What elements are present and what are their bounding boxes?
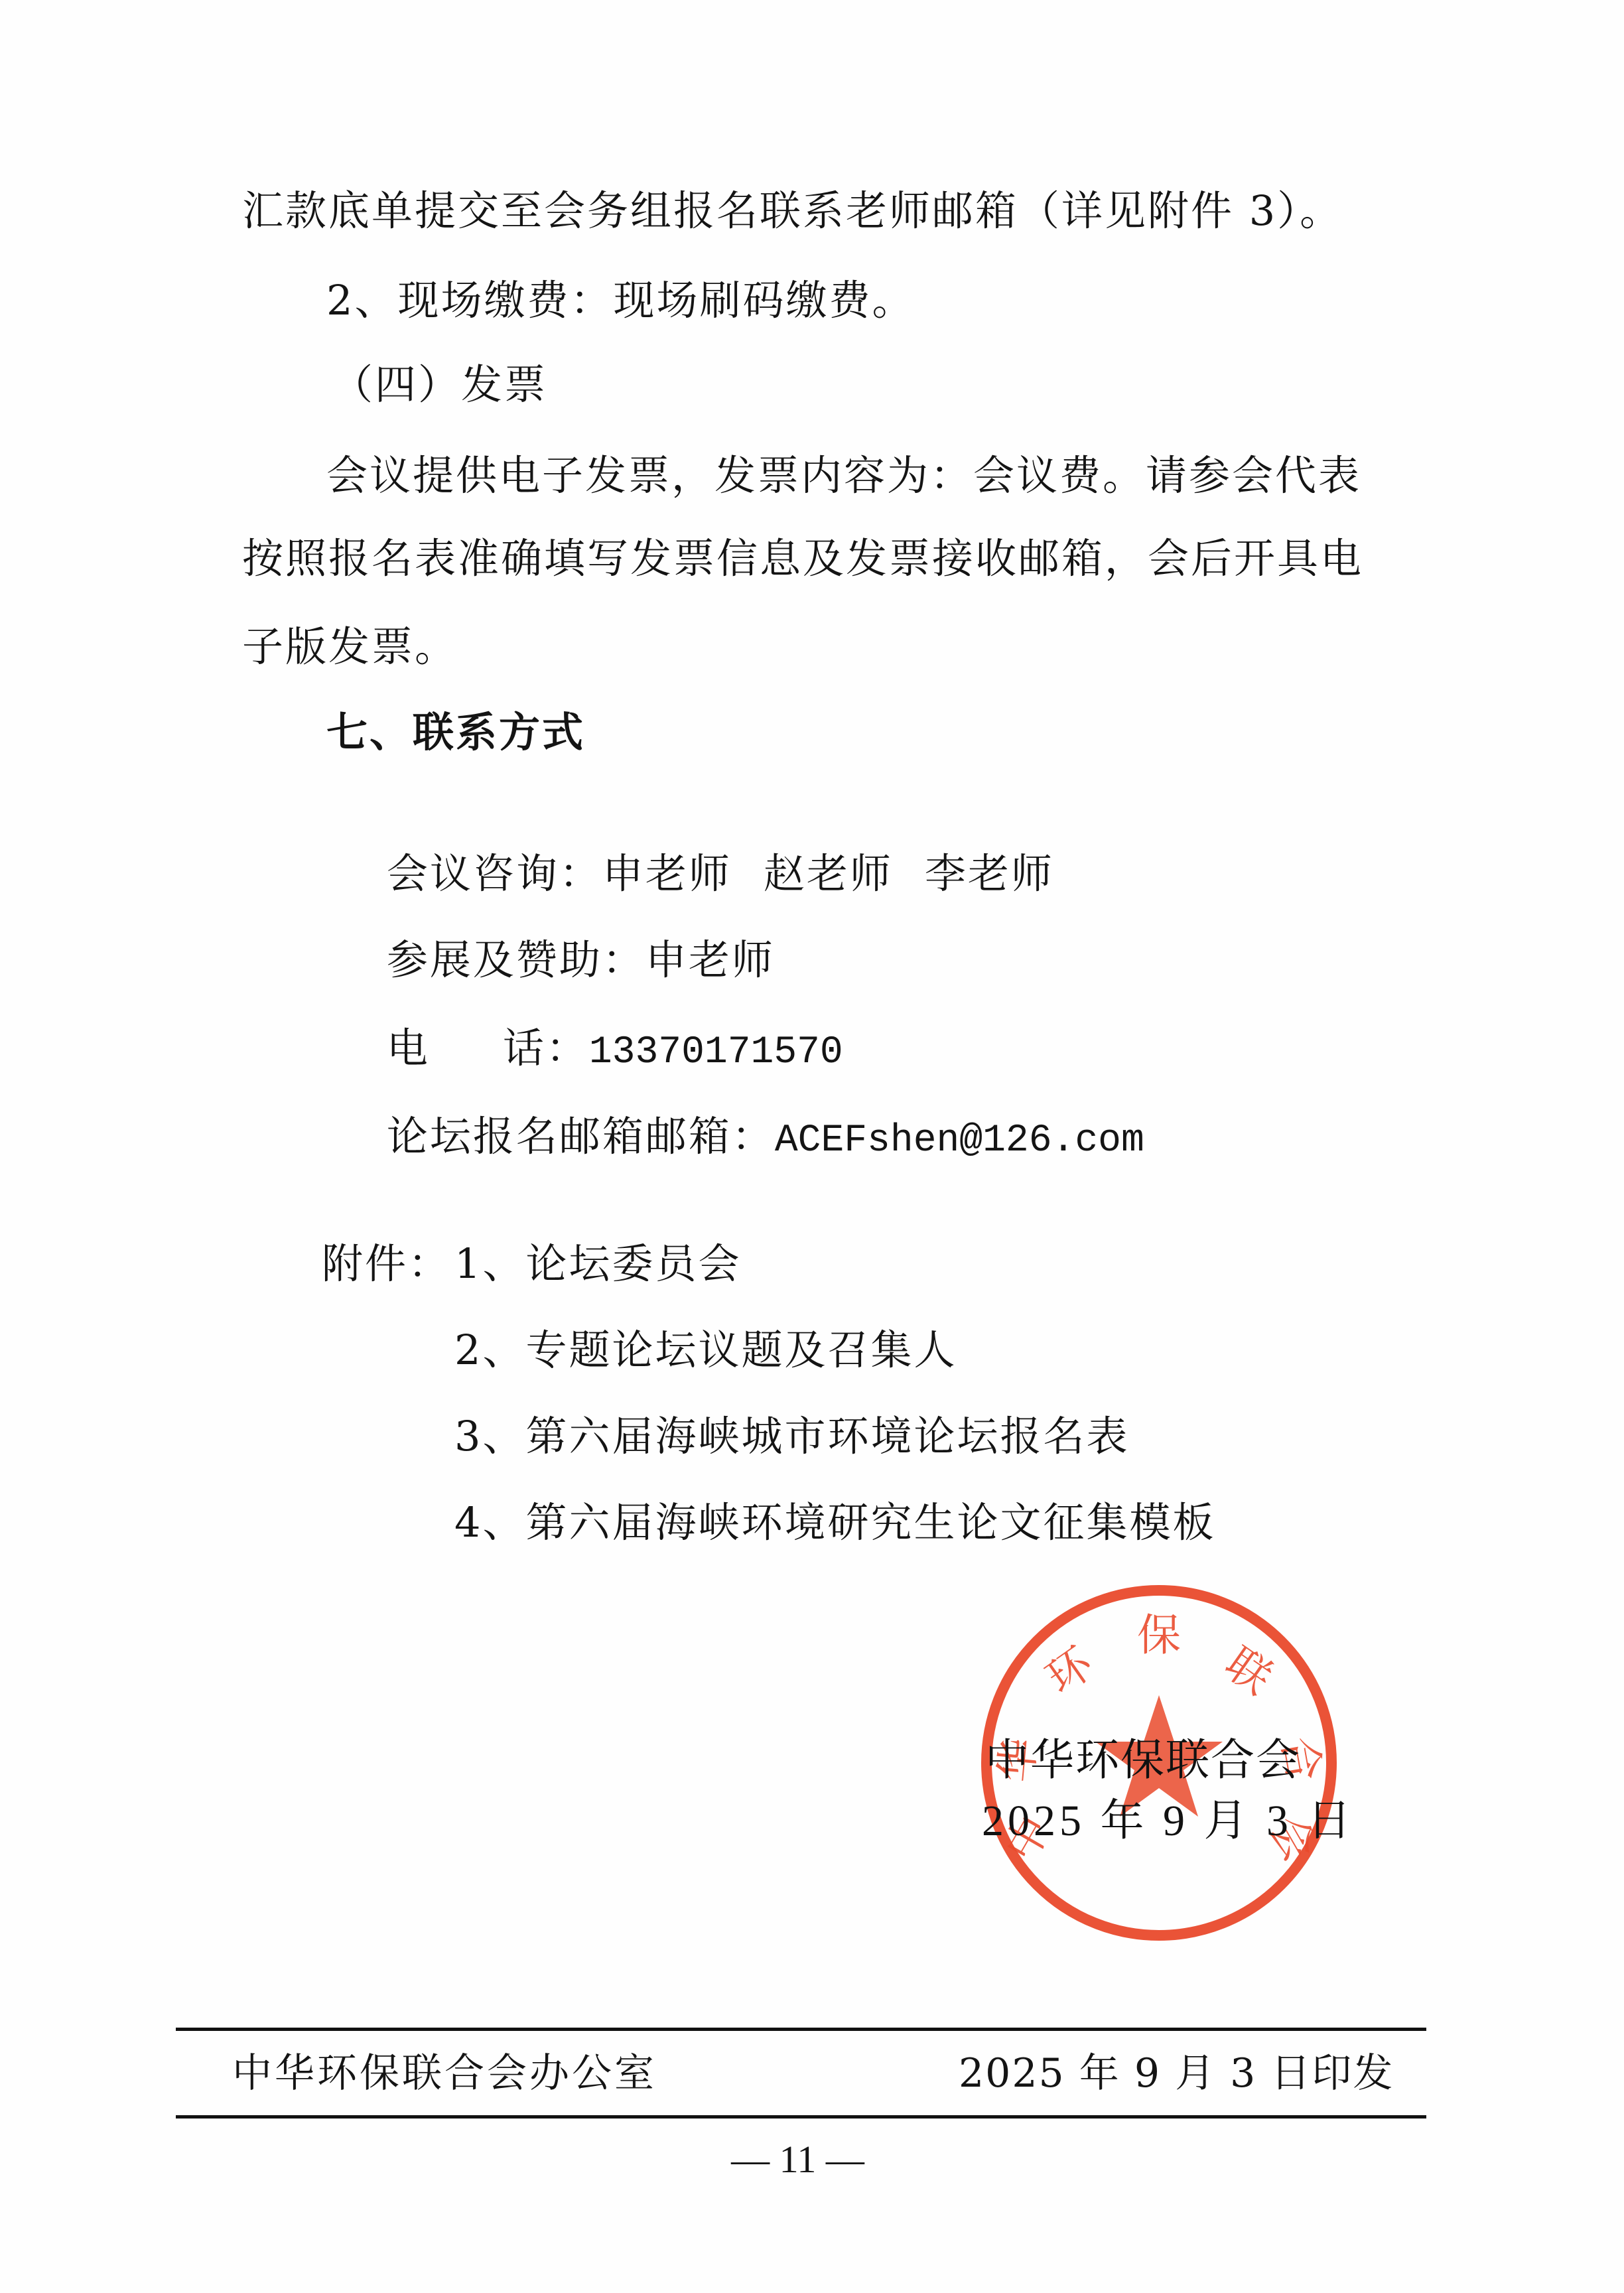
- page-number: — 11 —: [730, 2138, 866, 2182]
- attachment-item-1: 1、论坛委员会: [454, 1237, 741, 1290]
- signature-organization: 中华环保联合会: [985, 1734, 1301, 1787]
- sponsor-row: 参展及赞助：申老师: [326, 880, 775, 934]
- svg-text:环: 环: [1037, 1637, 1103, 1704]
- svg-text:联: 联: [1216, 1637, 1281, 1704]
- footer-issuer: 中华环保联合会办公室: [232, 2047, 657, 2100]
- footer-issue-date: 2025 年 9 月 3 日印发: [959, 2047, 1394, 2100]
- section-heading-invoice: （四）发票: [332, 358, 547, 411]
- attachment-item-4: 4、第六届海峡环境研究生论文征集模板: [454, 1496, 1215, 1549]
- consult-name-zhao: 赵老师: [764, 849, 893, 898]
- body-line-6: 子版发票。: [242, 620, 458, 673]
- footer-bottom-rule: [176, 2115, 1426, 2119]
- email-label: 论坛报名邮箱邮箱：: [387, 1112, 775, 1160]
- body-line-4: 会议提供电子发票，发票内容为：会议费。请参会代表: [326, 449, 1361, 502]
- phone-row: 电话：13370171570: [326, 969, 843, 1022]
- footer-top-rule: [176, 2028, 1426, 2031]
- document-page: 汇款底单提交至会务组报名联系老师邮箱（详见附件 3）。 2、现场缴费：现场刷码缴…: [0, 0, 1624, 2293]
- email-value[interactable]: ACEFshen@126.com: [775, 1119, 1144, 1162]
- attachment-item-3: 3、第六届海峡城市环境论坛报名表: [454, 1410, 1129, 1463]
- body-line-1: 汇款底单提交至会务组报名联系老师邮箱（详见附件 3）。: [242, 184, 1343, 238]
- attachment-item-2: 2、专题论坛议题及召集人: [454, 1324, 957, 1377]
- consult-row: 会议咨询：申老师赵老师李老师: [326, 794, 1054, 847]
- contact-heading: 七、联系方式: [326, 706, 585, 759]
- consult-name-li: 李老师: [925, 849, 1054, 898]
- svg-text:保: 保: [1137, 1610, 1181, 1661]
- email-row: 论坛报名邮箱邮箱：ACEFshen@126.com: [326, 1057, 1144, 1110]
- body-line-2: 2、现场缴费：现场刷码缴费。: [326, 274, 915, 327]
- signature-date: 2025 年 9 月 3 日: [982, 1795, 1355, 1848]
- body-line-5: 按照报名表准确填写发票信息及发票接收邮箱，会后开具电: [242, 532, 1363, 585]
- attachments-label: 附件：: [322, 1237, 451, 1290]
